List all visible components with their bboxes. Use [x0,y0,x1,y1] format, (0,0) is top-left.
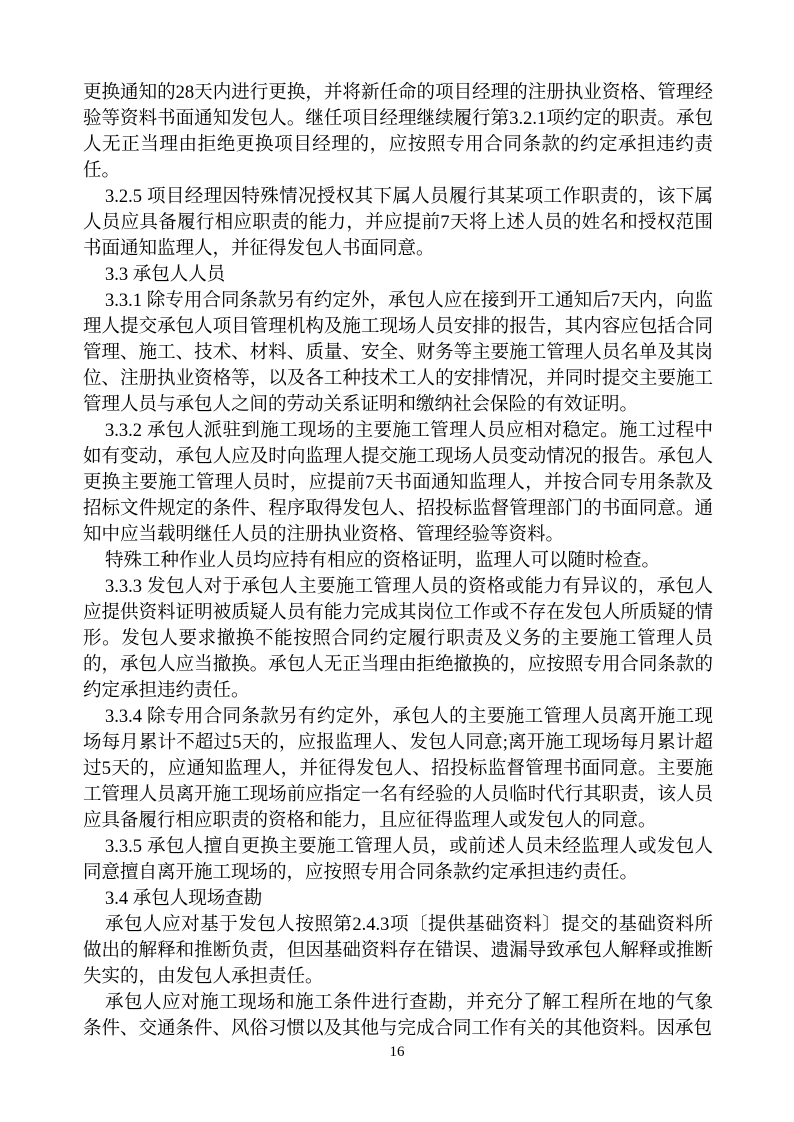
clause-3-3-2: 3.3.2 承包人派驻到施工现场的主要施工管理人员应相对稳定。施工过程中如有变动… [83,418,713,548]
heading-3-4-site-survey: 3.4 承包人现场查勘 [83,886,713,912]
clause-3-3-3: 3.3.3 发包人对于承包人主要施工管理人员的资格或能力有异议的，承包人应提供资… [83,574,713,704]
page-number: 16 [0,1043,794,1061]
clause-3-3-1: 3.3.1 除专用合同条款另有约定外，承包人应在接到开工通知后7天内，向监理人提… [83,288,713,418]
clause-3-3-4: 3.3.4 除专用合同条款另有约定外，承包人的主要施工管理人员离开施工现场每月累… [83,704,713,834]
heading-3-3-contractor-personnel: 3.3 承包人人员 [83,262,713,288]
clause-3-3-5: 3.3.5 承包人擅自更换主要施工管理人员，或前述人员未经监理人或发包人同意擅自… [83,834,713,886]
clause-special-workers: 特殊工种作业人员均应持有相应的资格证明，监理人可以随时检查。 [83,548,713,574]
clause-continuation-project-manager: 更换通知的28天内进行更换，并将新任命的项目经理的注册执业资格、管理经验等资料书… [83,80,713,184]
contract-text-block: 更换通知的28天内进行更换，并将新任命的项目经理的注册执业资格、管理经验等资料书… [83,80,713,1042]
clause-3-4-para-1: 承包人应对基于发包人按照第2.4.3项〔提供基础资料〕提交的基础资料所做出的解释… [83,912,713,990]
clause-3-2-5: 3.2.5 项目经理因特殊情况授权其下属人员履行其某项工作职责的，该下属人员应具… [83,184,713,262]
clause-3-4-para-2: 承包人应对施工现场和施工条件进行查勘，并充分了解工程所在地的气象条件、交通条件、… [83,990,713,1042]
document-page: 更换通知的28天内进行更换，并将新任命的项目经理的注册执业资格、管理经验等资料书… [0,0,794,1122]
